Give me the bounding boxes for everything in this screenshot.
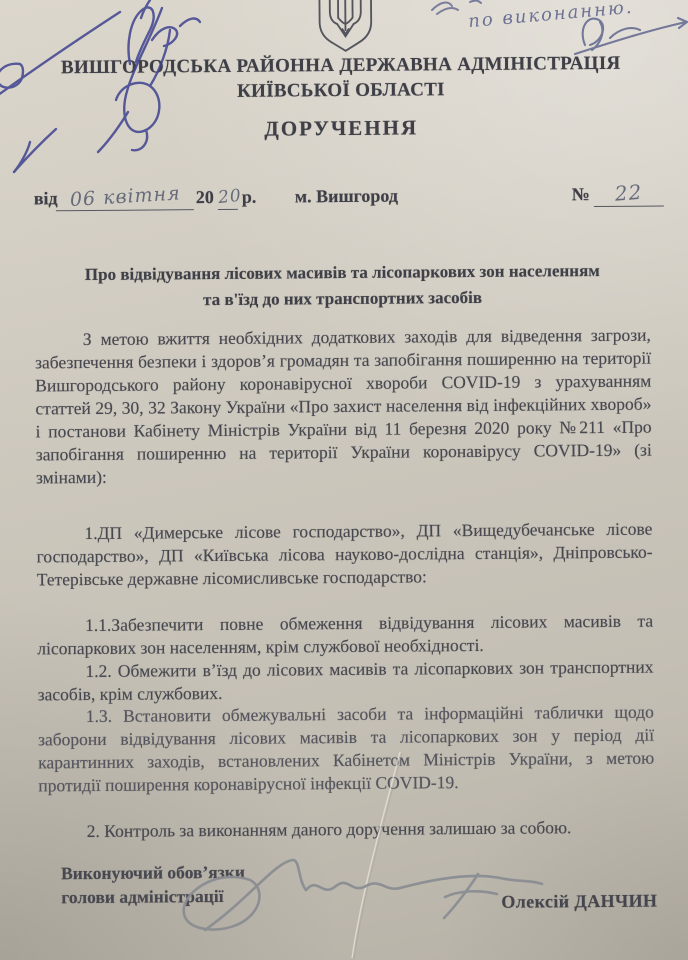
number-label: № (572, 184, 590, 205)
date-blank-line: 06 квітня (56, 183, 194, 211)
paragraph-item-1-1: 1.1.Забезпечити повне обмеження відвідув… (37, 610, 653, 661)
paragraph-item-2: 2. Контроль за виконанням даного доручен… (39, 816, 655, 844)
ukraine-trident-emblem-icon (316, 0, 375, 57)
number-blank-line: 22 (594, 179, 664, 207)
signatory-position-line2: голови адміністрації (61, 884, 245, 909)
signatory-position-line1: Виконуючий обов’язки (61, 860, 245, 885)
year-printed: 20 (196, 187, 214, 208)
paragraph-item-1-3: 1.3. Встановити обмежувальні засоби та і… (38, 701, 655, 798)
date-prefix-label: від (34, 188, 58, 209)
handwritten-doc-number: 22 (614, 180, 643, 206)
handwritten-date: 06 квітня (69, 182, 181, 211)
org-name: ВИШГОРОДСЬКА РАЙОННА ДЕРЖАВНА АДМІНІСТРА… (0, 50, 685, 105)
signatory-name: Олексій ДАНЧИН (501, 891, 657, 913)
paragraph-item-1-2: 1.2. Обмежити в’їзд до лісових масивів т… (37, 656, 653, 707)
document-title-line2: та в'їзд до них транспортних засобів (0, 283, 687, 314)
city-label: м. Вишгород (295, 186, 398, 208)
handwritten-year: 20 (217, 186, 243, 209)
doc-type-heading: ДОРУЧЕННЯ (0, 113, 685, 143)
document-page: ВИШГОРОДСЬКА РАЙОННА ДЕРЖАВНА АДМІНІСТРА… (0, 0, 688, 960)
paragraph-preamble: З метою вжиття необхідних додаткових зах… (35, 324, 652, 490)
document-content: ВИШГОРОДСЬКА РАЙОННА ДЕРЖАВНА АДМІНІСТРА… (0, 0, 688, 960)
year-suffix: р. (242, 187, 257, 208)
paragraph-item-1: 1.ДП «Димерське лісове господарство», ДП… (36, 518, 653, 592)
document-title: Про відвідування лісових масивів та лісо… (0, 257, 687, 314)
document-title-line1: Про відвідування лісових масивів та лісо… (0, 257, 686, 288)
date-line: від 06 квітня 20 20 р. м. Вишгород № 22 (0, 179, 686, 218)
year-blank-line: 20 (218, 183, 238, 210)
signatory-position: Виконуючий обов’язки голови адміністраці… (61, 860, 245, 909)
